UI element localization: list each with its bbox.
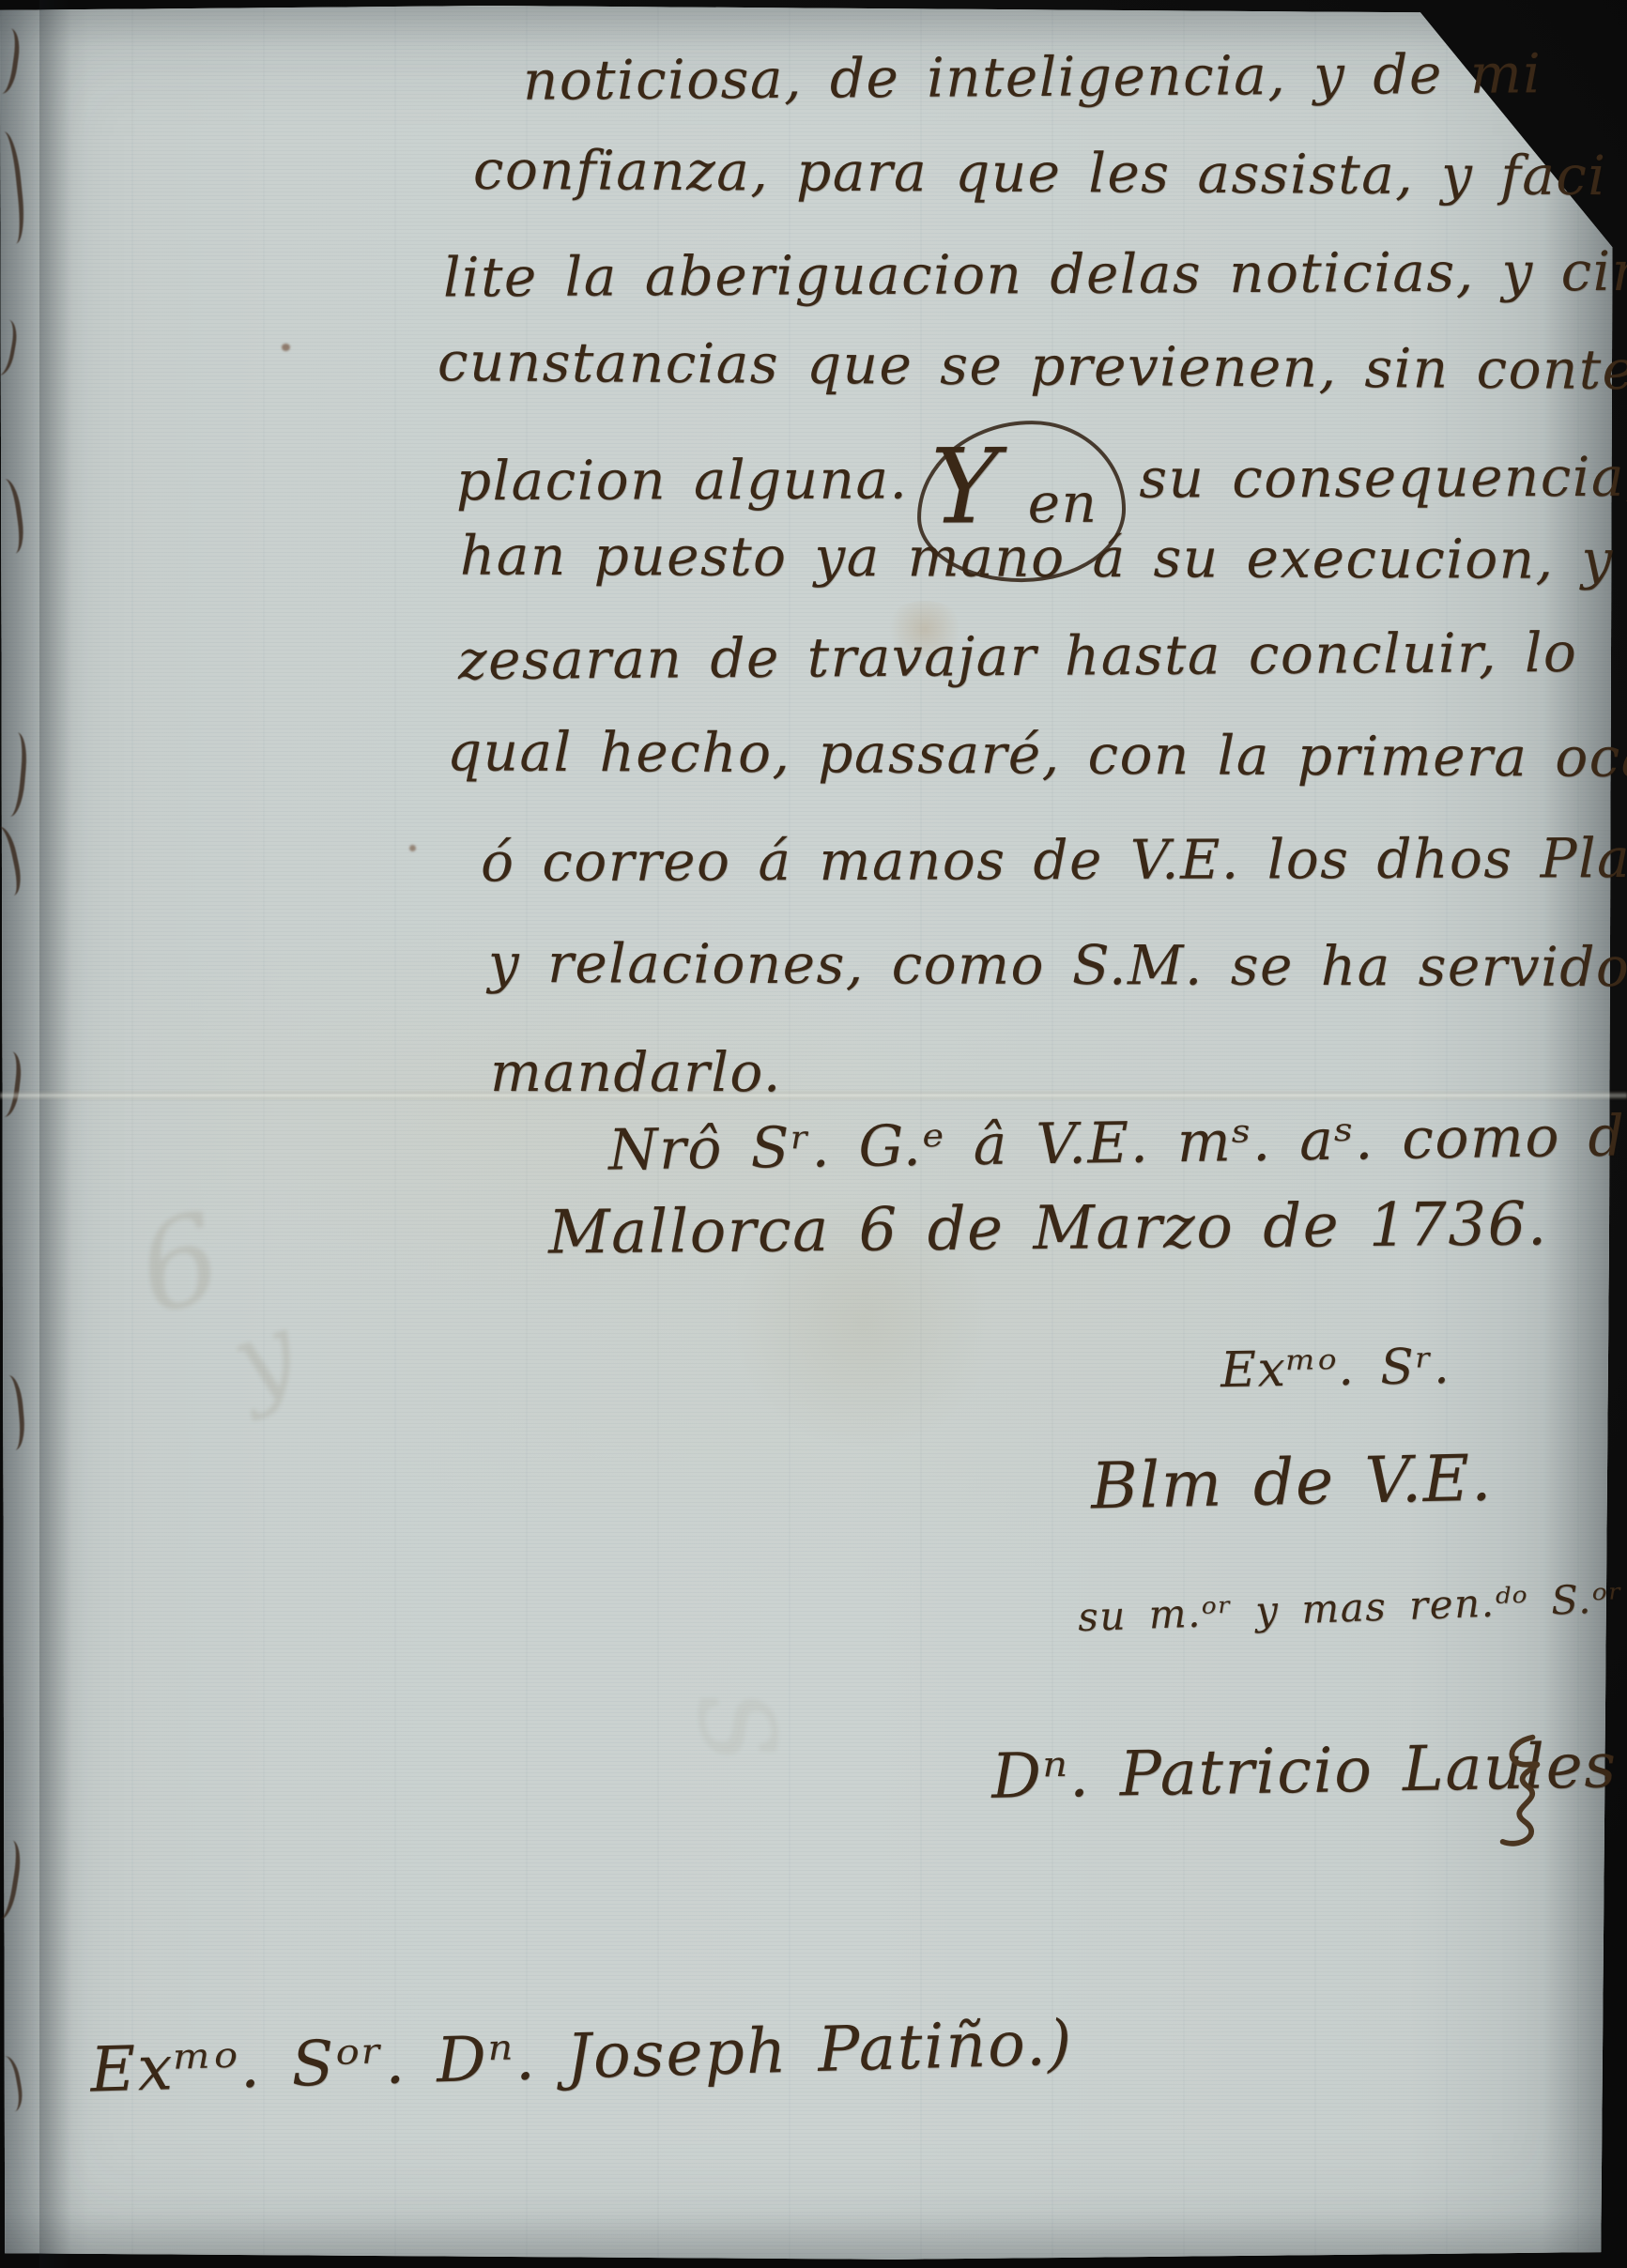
- body-line-1: noticiosa, de inteligencia, y de mi: [523, 41, 1543, 113]
- scanned-manuscript-letter: 6 y s noticiosa, de inteligencia, y de m…: [0, 0, 1627, 2268]
- body-line-2: confianza, para que les assista, y faci: [473, 138, 1607, 207]
- dateline: Mallorca 6 de Marzo de 1736.: [548, 1189, 1548, 1267]
- adjacent-page-gap-shadow: [39, 0, 71, 2268]
- body-line-5-post: su consequencia,: [1139, 445, 1627, 511]
- body-line-5-pre: placion alguna.: [456, 448, 909, 513]
- body-line-8: qual hecho, passaré, con la primera ocas…: [447, 719, 1627, 789]
- body-line-11: mandarlo.: [490, 1040, 782, 1104]
- body-line-9: ó correo á manos de V.E. los dhos Planos: [481, 826, 1627, 895]
- body-line-3: lite la aberiguacion delas noticias, y c…: [443, 239, 1627, 310]
- hand-kiss-line: Blm de V.E.: [1090, 1442, 1493, 1525]
- signature-rubric-icon: [1491, 1729, 1547, 1851]
- body-line-10: y relaciones, como S.M. se ha servido: [488, 931, 1627, 999]
- body-line-7: zesaran de travajar hasta concluir, lo: [458, 621, 1578, 692]
- fold-crease: [0, 1092, 1627, 1099]
- body-line-6: han puesto ya mano á su execucion, y no: [460, 524, 1627, 592]
- salutation-exmo-sr: Exᵐᵒ. Sʳ.: [1220, 1339, 1450, 1399]
- body-line-4: cunstancias que se previenen, sin contem…: [437, 329, 1627, 403]
